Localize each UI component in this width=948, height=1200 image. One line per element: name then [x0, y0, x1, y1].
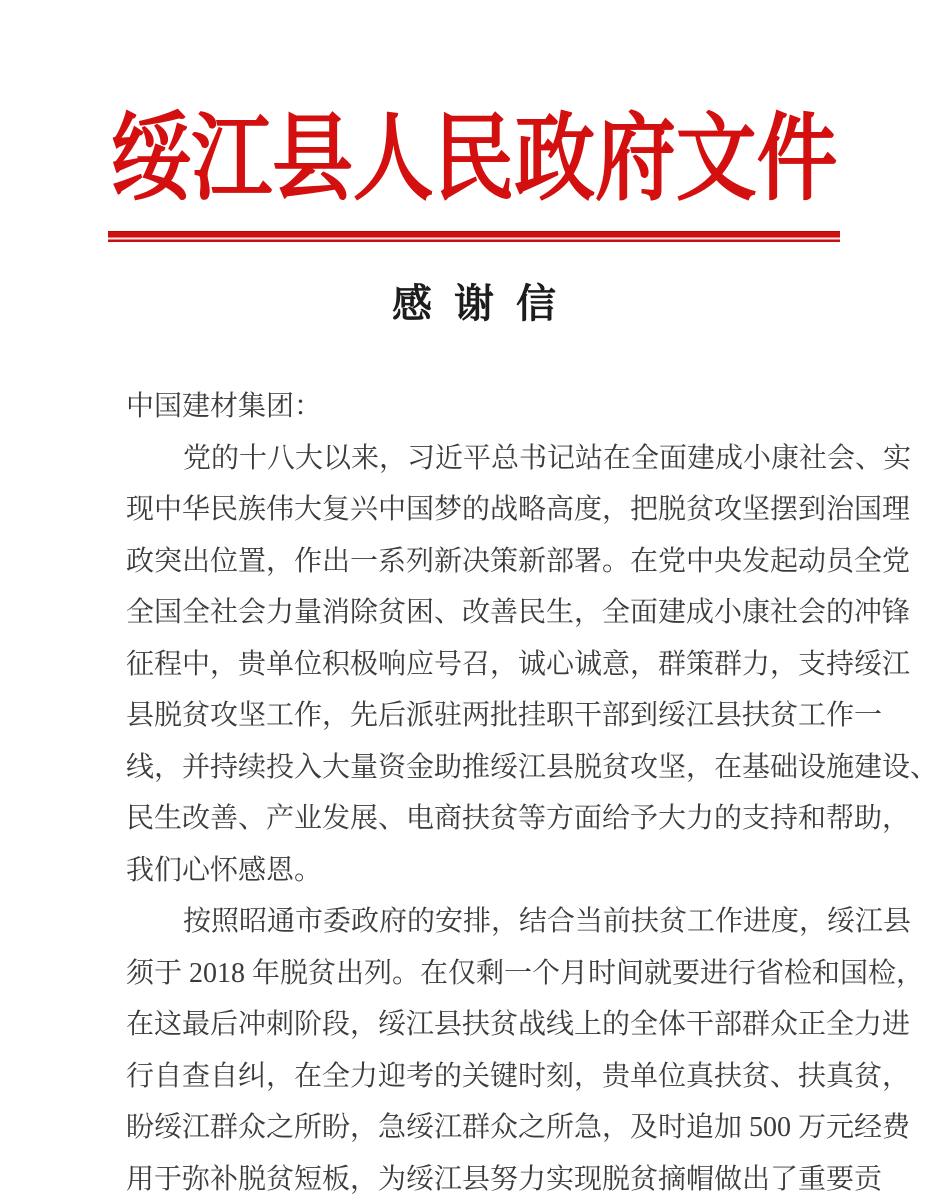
body-line: 党的十八大以来，习近平总书记站在全面建成小康社会、实 — [126, 433, 840, 485]
body-line: 盼绥江群众之所盼，急绥江群众之所急，及时追加 500 万元经费 — [126, 1102, 840, 1154]
body-line: 须于 2018 年脱贫出列。在仅剩一个月时间就要进行省检和国检， — [126, 948, 840, 1000]
body-line: 政突出位置，作出一系列新决策新部署。在党中央发起动员全党 — [126, 536, 840, 588]
body-line: 用于弥补脱贫短板，为绥江县努力实现脱贫摘帽做出了重要贡 — [126, 1154, 840, 1200]
body-line: 民生改善、产业发展、电商扶贫等方面给予大力的支持和帮助， — [126, 793, 840, 845]
body-line: 线，并持续投入大量资金助推绥江县脱贫攻坚，在基础设施建设、 — [126, 742, 840, 794]
body-line: 县脱贫攻坚工作，先后派驻两批挂职干部到绥江县扶贫工作一 — [126, 690, 840, 742]
body-line: 中国建材集团： — [126, 381, 840, 433]
body-line: 征程中，贵单位积极响应号召，诚心诚意，群策群力，支持绥江 — [126, 639, 840, 691]
letter-body: 中国建材集团：党的十八大以来，习近平总书记站在全面建成小康社会、实现中华民族伟大… — [126, 381, 840, 1200]
body-line: 行自查自纠，在全力迎考的关键时刻，贵单位真扶贫、扶真贫， — [126, 1051, 840, 1103]
body-line: 在这最后冲刺阶段，绥江县扶贫战线上的全体干部群众正全力进 — [126, 999, 840, 1051]
body-line: 现中华民族伟大复兴中国梦的战略高度，把脱贫攻坚摆到治国理 — [126, 484, 840, 536]
document-page: 绥江县人民政府文件 感 谢 信 中国建材集团：党的十八大以来，习近平总书记站在全… — [0, 0, 948, 1200]
government-header-title: 绥江县人民政府文件 — [71, 112, 877, 207]
red-separator-line — [108, 231, 840, 242]
letter-title: 感 谢 信 — [0, 284, 948, 324]
body-line: 我们心怀感恩。 — [126, 845, 840, 897]
body-line: 按照昭通市委政府的安排，结合当前扶贫工作进度，绥江县 — [126, 896, 840, 948]
body-line: 全国全社会力量消除贫困、改善民生，全面建成小康社会的冲锋 — [126, 587, 840, 639]
